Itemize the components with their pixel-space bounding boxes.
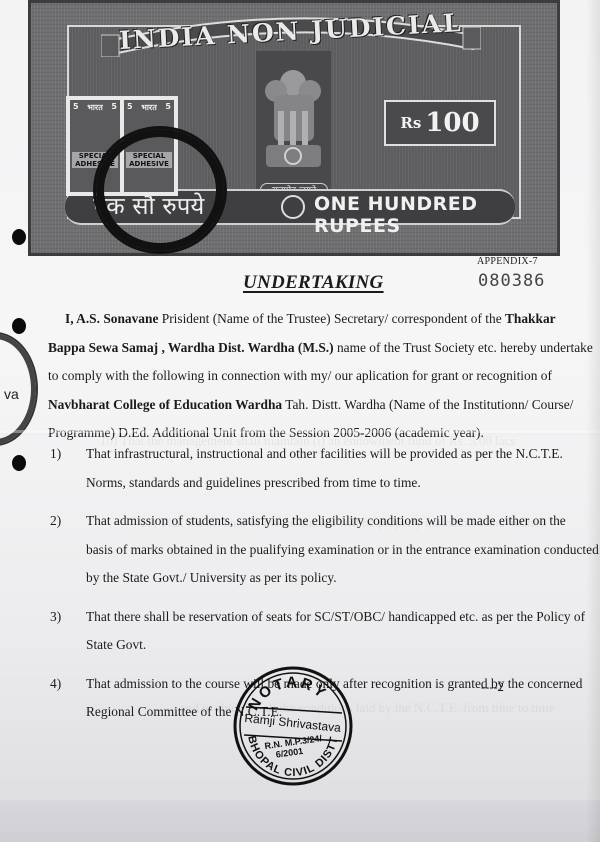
document-title: UNDERTAKING <box>243 272 384 294</box>
intro-text: name of the Trust Society etc. hereby un… <box>334 340 593 355</box>
stamp-country: भारत <box>141 102 157 113</box>
stamp-paper: INDIA NON JUDICIAL सत्यमेव जयते भारत Rs … <box>28 0 560 256</box>
seal-name: Ramji Shrivastava <box>244 711 342 735</box>
document-page: INDIA NON JUDICIAL सत्यमेव जयते भारत Rs … <box>0 0 600 842</box>
intro-text: Prisident (Name of the Trustee) Secretar… <box>158 311 505 326</box>
notary-seal-icon: NOTARY Ramji Shrivastava R.N. M.P.3/24/ … <box>232 665 354 787</box>
paper-edge-shadow <box>586 0 600 842</box>
appendix-label: APPENDIX-7 <box>477 256 538 267</box>
punch-hole <box>12 229 26 245</box>
ashoka-emblem-icon <box>256 51 331 191</box>
trustee-name: I, A.S. Sonavane <box>65 311 158 326</box>
header-banner: INDIA NON JUDICIAL <box>101 5 481 57</box>
intro-paragraph: I, A.S. Sonavane Prisident (Name of the … <box>48 305 568 448</box>
stamp-value: 5 <box>165 102 171 113</box>
stamp-value: 5 <box>127 102 133 113</box>
item-line: State Govt. <box>86 631 575 660</box>
punch-hole <box>12 455 26 471</box>
punch-hole <box>12 318 26 334</box>
intro-text: to comply with the following in connecti… <box>48 362 568 391</box>
item-number: 4) <box>50 670 61 699</box>
item-line: That admission of students, satisfying t… <box>86 507 575 536</box>
denomination-box: Rs 100 <box>384 100 496 146</box>
item-line: That there shall be reservation of seats… <box>86 603 575 632</box>
item-line: by the State Govt./ University as per it… <box>86 564 575 593</box>
list-item: 2) That admission of students, satisfyin… <box>50 507 575 593</box>
rosette-icon <box>281 195 305 219</box>
item-line: Norms, standards and guidelines prescrib… <box>86 469 575 498</box>
denomination-value: 100 <box>425 108 479 138</box>
serial-number: 080386 <box>478 271 545 291</box>
stamp-country: भारत <box>87 102 103 113</box>
stamp-value: 5 <box>111 102 117 113</box>
trust-name: Thakkar <box>505 311 556 326</box>
item-number: 2) <box>50 507 61 536</box>
institution-name: Navbharat College of Education Wardha <box>48 397 282 412</box>
item-line: basis of marks obtained in the pualifyin… <box>86 536 575 565</box>
amount-words-text: ONE HUNDRED RUPEES <box>314 193 557 237</box>
margin-stamp-text: va <box>4 386 19 402</box>
page-continuation: ----2 <box>481 680 504 695</box>
intro-text: Tah. Distt. Wardha (Name of the Institut… <box>282 397 573 412</box>
paper-crease <box>0 430 600 433</box>
item-number: 1) <box>50 440 61 469</box>
notary-seal-overprint <box>93 126 227 254</box>
margin-stamp-fragment: va <box>0 332 38 446</box>
item-number: 3) <box>50 603 61 632</box>
item-line: That infrastructural, instructional and … <box>86 440 575 469</box>
currency-symbol: Rs <box>400 114 421 132</box>
trust-name: Bappa Sewa Samaj , Wardha Dist. Wardha (… <box>48 340 334 355</box>
paper-fold <box>0 800 600 842</box>
list-item: 3) That there shall be reservation of se… <box>50 603 575 660</box>
list-item: 1) That infrastructural, instructional a… <box>50 440 575 497</box>
stamp-value: 5 <box>73 102 79 113</box>
